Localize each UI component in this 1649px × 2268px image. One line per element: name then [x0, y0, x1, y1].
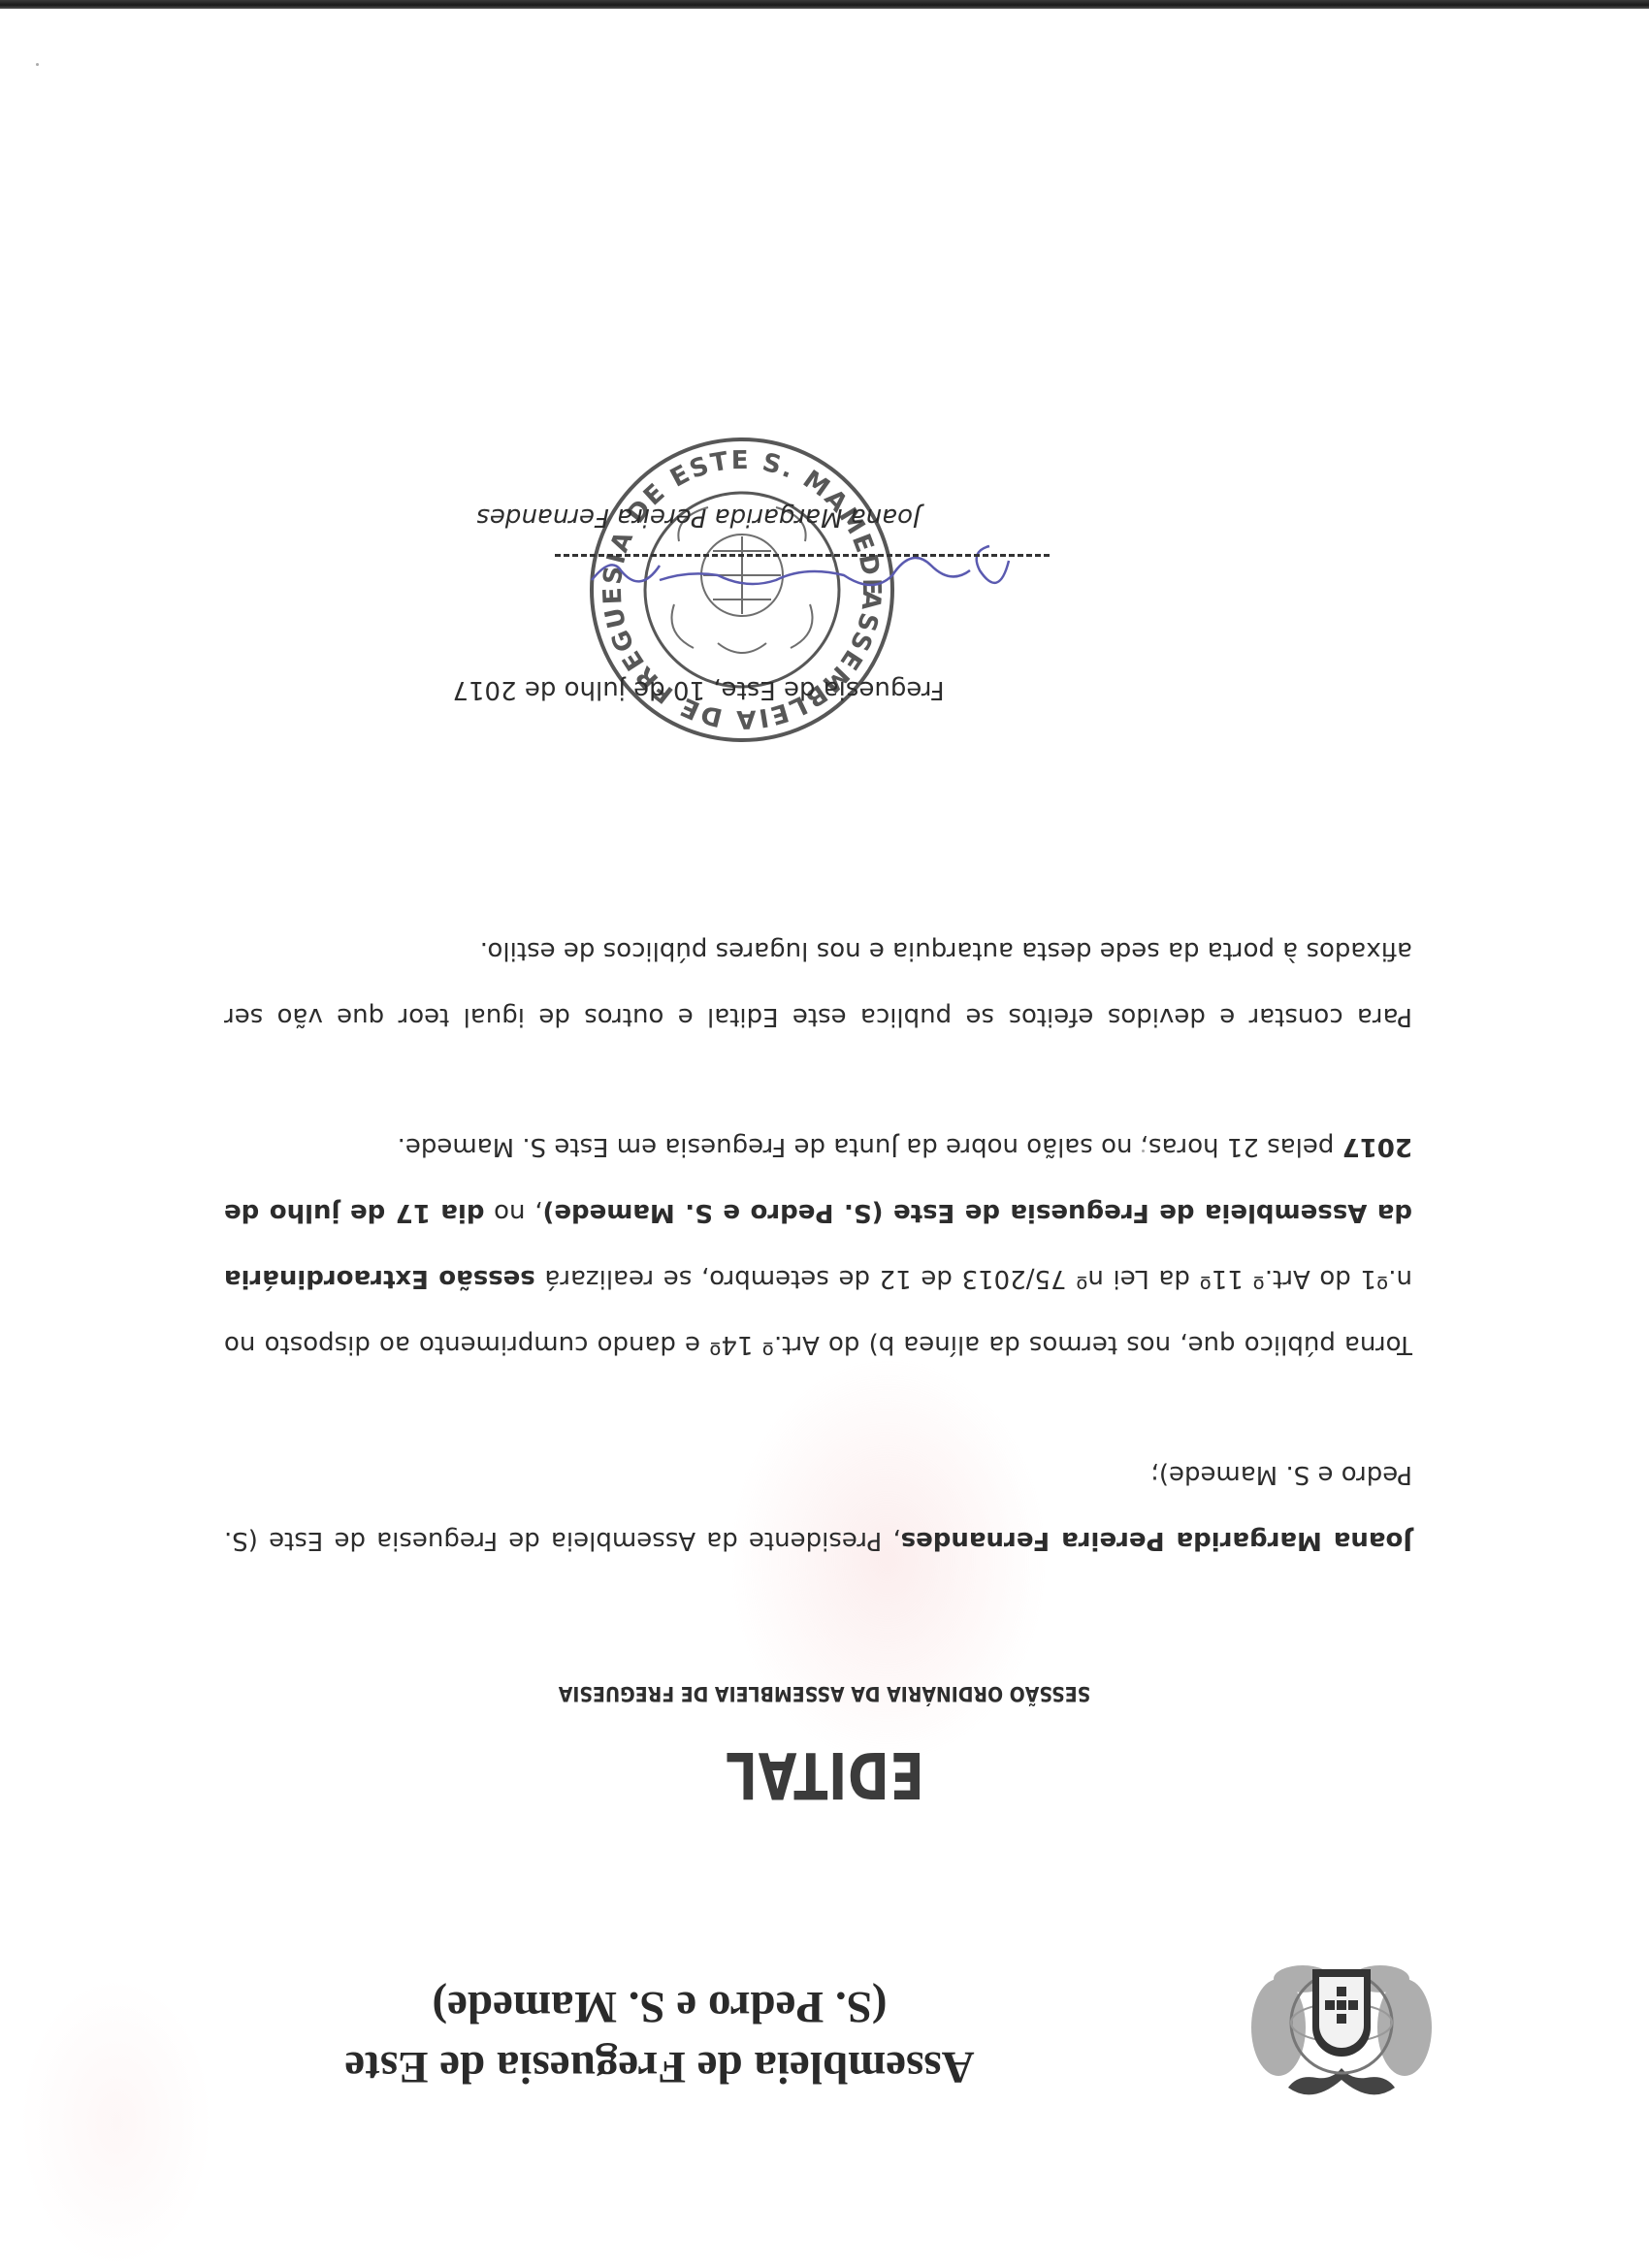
signature-line — [555, 554, 1050, 557]
signatory-name: Joana Margarida Pereira Fernandes — [330, 502, 1067, 532]
assembly-title: Assembleia de Freguesia de Este (S. Pedr… — [272, 1977, 1048, 2097]
parish-coat-of-arms-icon — [1249, 1960, 1434, 2105]
dust-speck — [36, 63, 39, 66]
handwritten-signature-icon — [543, 532, 1028, 619]
paragraph-publication: Para constar e devidos efeitos se public… — [224, 918, 1412, 1050]
document-body: Joana Margarida Pereira Fernandes, Presi… — [224, 854, 1412, 1573]
document-page: Assembleia de Freguesia de Este (S. Pedr… — [0, 0, 1649, 2268]
document-subheading: SESSÃO ORDINÁRIA DA ASSEMBLEIA DE FREGUE… — [82, 1682, 1567, 1705]
paragraph-president: Joana Margarida Pereira Fernandes, Presi… — [224, 1442, 1412, 1573]
document-heading: EDITAL — [181, 1737, 1468, 1812]
place-and-date: Freguesia de Este, 10 de julho de 2017 — [330, 675, 1067, 704]
paragraph-announcement: Torna público que, nos termos da alínea … — [224, 1114, 1412, 1377]
president-name: Joana Margarida Pereira Fernandes — [901, 1526, 1412, 1555]
assembly-name: Assembleia de Freguesia de Este — [272, 2037, 1048, 2097]
paper-smudge — [19, 1977, 213, 2268]
dust-speck — [1142, 1150, 1145, 1152]
assembly-parishes: (S. Pedro e S. Mamede) — [272, 1977, 1048, 2037]
